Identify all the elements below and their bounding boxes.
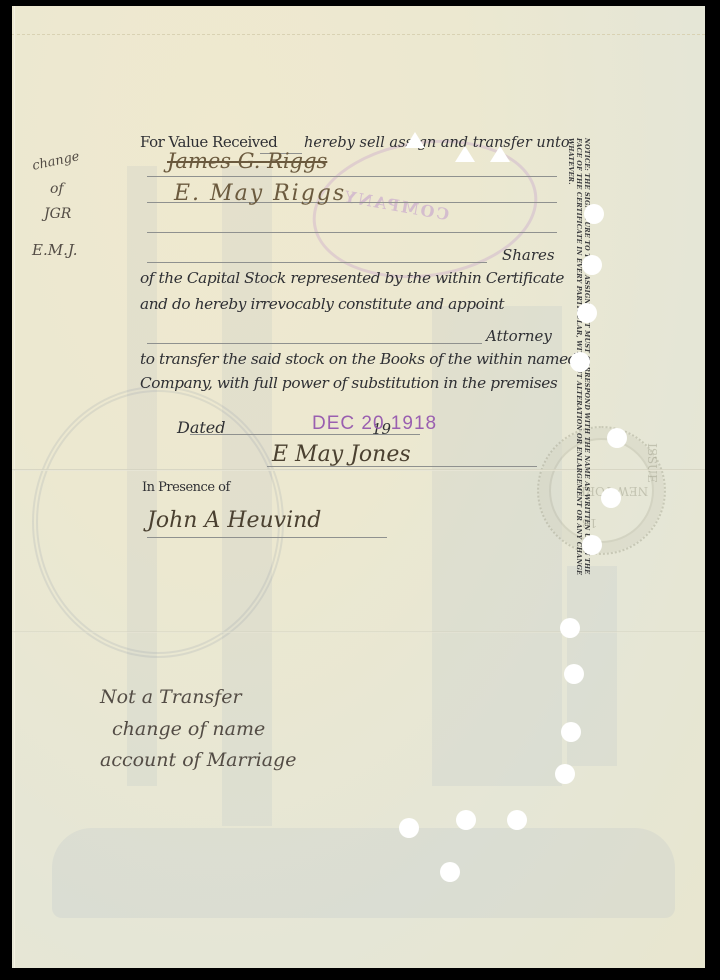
witness-line bbox=[147, 537, 387, 538]
company-substitution-line: Company, with full power of substitution… bbox=[140, 374, 557, 392]
punch-hole bbox=[601, 488, 621, 508]
appoint-line: and do hereby irrevocably constitute and… bbox=[140, 295, 504, 313]
shares-line bbox=[147, 262, 487, 263]
witness-signature: John A Heuvind bbox=[147, 508, 321, 533]
bottom-note-line-3: account of Marriage bbox=[100, 749, 296, 771]
punch-hole bbox=[560, 618, 580, 638]
perforation-left bbox=[14, 6, 15, 968]
punch-triangle bbox=[455, 146, 475, 162]
margin-note-line-4: E.M.J. bbox=[32, 241, 77, 259]
attorney-label: Attorney bbox=[486, 327, 552, 345]
in-presence-of-label: In Presence of bbox=[142, 480, 230, 495]
bleed-through-border bbox=[52, 828, 675, 918]
punch-hole bbox=[561, 722, 581, 742]
bottom-note-line-1: Not a Transfer bbox=[100, 686, 242, 708]
margin-note-line-2: of bbox=[50, 181, 64, 197]
punch-hole bbox=[607, 428, 627, 448]
punch-triangle bbox=[405, 132, 425, 148]
attorney-line bbox=[147, 343, 482, 344]
punch-hole bbox=[584, 204, 604, 224]
punch-hole bbox=[399, 818, 419, 838]
assignor-signature: E May Jones bbox=[272, 442, 411, 467]
assignee-line-1 bbox=[147, 176, 557, 177]
certificate-back: COMPANY NEW YORK 18 ISSUE For Value Rece… bbox=[12, 6, 705, 968]
assignee-name: E. May Riggs bbox=[174, 181, 346, 206]
fold-line bbox=[12, 631, 705, 633]
bottom-note-line-2: change of name bbox=[112, 718, 265, 740]
fold-line bbox=[12, 469, 705, 471]
punch-hole bbox=[570, 352, 590, 372]
punch-hole bbox=[577, 303, 597, 323]
sell-assign-transfer-label: hereby sell assign and transfer unto bbox=[304, 135, 570, 151]
punch-hole bbox=[564, 664, 584, 684]
date-stamp: DEC 20 1918 bbox=[312, 413, 437, 435]
punch-hole bbox=[507, 810, 527, 830]
punch-triangle bbox=[490, 146, 510, 162]
punch-hole bbox=[456, 810, 476, 830]
perforation-top bbox=[12, 34, 705, 35]
margin-note-line-3: JGR bbox=[44, 206, 71, 222]
capital-stock-line: of the Capital Stock represented by the … bbox=[140, 269, 564, 287]
punch-hole bbox=[555, 764, 575, 784]
shares-label: Shares bbox=[502, 246, 555, 264]
embossed-seal-issue: ISSUE bbox=[645, 443, 659, 483]
assignee-line-3 bbox=[147, 232, 557, 233]
punch-hole bbox=[582, 255, 602, 275]
struck-assignor-name: James G. Riggs bbox=[167, 149, 327, 173]
transfer-books-line: to transfer the said stock on the Books … bbox=[140, 350, 577, 368]
punch-hole bbox=[440, 862, 460, 882]
margin-note-line-1: change bbox=[31, 149, 81, 174]
punch-hole bbox=[582, 535, 602, 555]
